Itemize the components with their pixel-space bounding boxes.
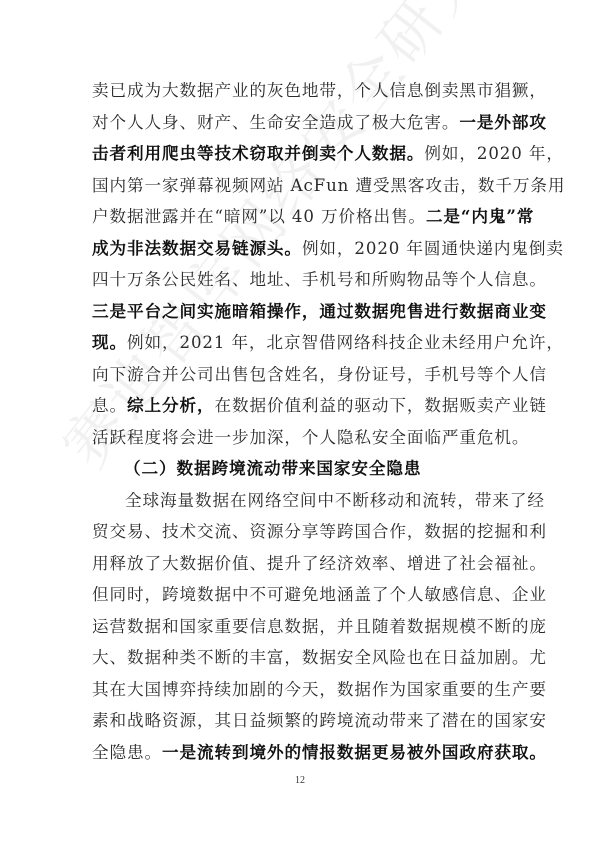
text-line: 卖已成为大数据产业的灰色地带，个人信息倒卖黑市猖獗， <box>92 75 508 107</box>
bold-text: 一是外部攻 <box>459 112 546 132</box>
text-line: 全隐患。一是流转到境外的情报数据更易被外国政府获取。 <box>92 737 508 769</box>
document-page: 赛迪智库网络安全研究所 卖已成为大数据产业的灰色地带，个人信息倒卖黑市猖獗，对个… <box>0 0 600 848</box>
text-line: 用释放了大数据价值、提升了经济效率、增进了社会福祉。 <box>92 548 508 580</box>
text-run: 用释放了大数据价值、提升了经济效率、增进了社会福祉。 <box>92 554 547 573</box>
text-run: 卖已成为大数据产业的灰色地带，个人信息倒卖黑市猖獗， <box>92 81 547 100</box>
page-number: 12 <box>0 775 600 786</box>
text-run: 例如，2020 年， <box>424 144 563 163</box>
paragraph-personal-data-trade: 卖已成为大数据产业的灰色地带，个人信息倒卖黑市猖獗，对个人人身、财产、生命安全造… <box>92 75 508 453</box>
text-line: 三是平台之间实施暗箱操作，通过数据兜售进行数据商业变 <box>92 296 508 328</box>
text-run: 活跃程度将会进一步加深，个人隐私安全面临严重危机。 <box>92 428 529 447</box>
text-line: 息。综上分析，在数据价值利益的驱动下，数据贩卖产业链 <box>92 390 508 422</box>
bold-text: 综上分析， <box>127 395 214 415</box>
text-line: 其在大国博弈持续加剧的今天，数据作为国家重要的生产要 <box>92 674 508 706</box>
text-run: 贸交易、技术交流、资源分享等跨国合作，数据的挖掘和利 <box>92 522 547 541</box>
paragraph-cross-border-data: 全球海量数据在网络空间中不断移动和流转，带来了经贸交易、技术交流、资源分享等跨国… <box>92 485 508 769</box>
bold-text: 二是“内鬼”常 <box>426 206 534 226</box>
text-run: 其在大国博弈持续加剧的今天，数据作为国家重要的生产要 <box>92 680 547 699</box>
text-line: 击者利用爬虫等技术窃取并倒卖个人数据。例如，2020 年， <box>92 138 508 170</box>
text-run: 户数据泄露并在“暗网”以 40 万价格出售。 <box>92 207 426 226</box>
text-run: 例如，2021 年，北京智借网络科技企业未经用户允许， <box>127 333 564 352</box>
text-line: 运营数据和国家重要信息数据，并且随着数据规模不断的庞 <box>92 611 508 643</box>
text-line: 但同时，跨境数据中不可避免地涵盖了个人敏感信息、企业 <box>92 579 508 611</box>
text-run: 对个人人身、财产、生命安全造成了极大危害。 <box>92 113 459 132</box>
section-heading: （二）数据跨境流动带来国家安全隐患 <box>92 453 508 485</box>
text-run: 四十万条公民姓名、地址、手机号和所购物品等个人信息。 <box>92 270 547 289</box>
text-line: 国内第一家弹幕视频网站 AcFun 遭受黑客攻击，数千万条用 <box>92 170 508 202</box>
bold-text: 击者利用爬虫等技术窃取并倒卖个人数据。 <box>92 143 424 163</box>
text-run: 大、数据种类不断的丰富，数据安全风险也在日益加剧。尤 <box>92 648 547 667</box>
text-line: 对个人人身、财产、生命安全造成了极大危害。一是外部攻 <box>92 107 508 139</box>
text-line: 向下游合并公司出售包含姓名，身份证号，手机号等个人信 <box>92 359 508 391</box>
bold-text: 成为非法数据交易链源头。 <box>92 238 302 258</box>
text-run: 在数据价值利益的驱动下，数据贩卖产业链 <box>214 396 546 415</box>
text-run: 全隐患。 <box>92 743 162 762</box>
text-line: 贸交易、技术交流、资源分享等跨国合作，数据的挖掘和利 <box>92 516 508 548</box>
text-line: 全球海量数据在网络空间中不断移动和流转，带来了经 <box>92 485 508 517</box>
text-run: 向下游合并公司出售包含姓名，身份证号，手机号等个人信 <box>92 365 547 384</box>
text-line: 大、数据种类不断的丰富，数据安全风险也在日益加剧。尤 <box>92 642 508 674</box>
text-run: 全球海量数据在网络空间中不断移动和流转，带来了经 <box>125 491 545 510</box>
bold-text: 一是流转到境外的情报数据更易被外国政府获取。 <box>162 742 547 762</box>
text-run: 国内第一家弹幕视频网站 AcFun 遭受黑客攻击，数千万条用 <box>92 176 565 195</box>
text-line: 户数据泄露并在“暗网”以 40 万价格出售。二是“内鬼”常 <box>92 201 508 233</box>
text-run: 素和战略资源，其日益频繁的跨境流动带来了潜在的国家安 <box>92 711 547 730</box>
text-run: 运营数据和国家重要信息数据，并且随着数据规模不断的庞 <box>92 617 547 636</box>
bold-text: 现。 <box>92 332 127 352</box>
text-line: 活跃程度将会进一步加深，个人隐私安全面临严重危机。 <box>92 422 508 454</box>
text-run: 但同时，跨境数据中不可避免地涵盖了个人敏感信息、企业 <box>92 585 547 604</box>
text-run: 例如，2020 年圆通快递内鬼倒卖 <box>302 239 564 258</box>
text-line: 成为非法数据交易链源头。例如，2020 年圆通快递内鬼倒卖 <box>92 233 508 265</box>
bold-text: 三是平台之间实施暗箱操作，通过数据兜售进行数据商业变 <box>92 301 547 321</box>
text-line: 素和战略资源，其日益频繁的跨境流动带来了潜在的国家安 <box>92 705 508 737</box>
text-run: 息。 <box>92 396 127 415</box>
text-line: 现。例如，2021 年，北京智借网络科技企业未经用户允许， <box>92 327 508 359</box>
text-line: 四十万条公民姓名、地址、手机号和所购物品等个人信息。 <box>92 264 508 296</box>
body-text: 卖已成为大数据产业的灰色地带，个人信息倒卖黑市猖獗，对个人人身、财产、生命安全造… <box>92 75 508 768</box>
